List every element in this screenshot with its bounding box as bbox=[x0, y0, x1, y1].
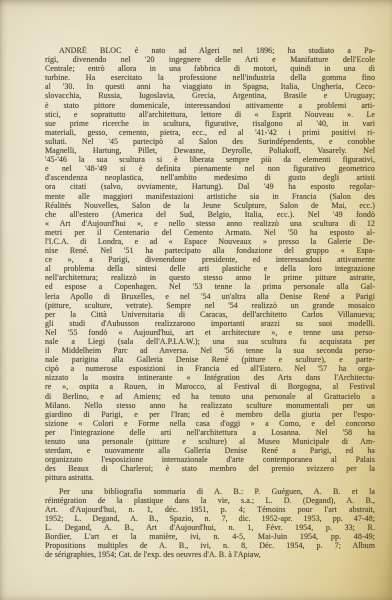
text-line: il Middelheim Parc ad Anversa. Nel '56 t… bbox=[45, 346, 375, 355]
text-line: Centrale; entrò allora in una fabbrica d… bbox=[45, 64, 375, 73]
text-line: nale parigina alla Galleria Denise René … bbox=[45, 355, 375, 364]
text-line: Per una bibliografia sommaria di A. B.: … bbox=[45, 487, 375, 496]
text-line: metri per il Centenario del Cemento Arma… bbox=[45, 228, 375, 237]
text-line: '45-'46 la sua scultura si è liberata se… bbox=[45, 155, 375, 164]
text-line: l'I.C.A. di Londra, e ad « Espace Nouvea… bbox=[45, 237, 375, 246]
text-line: ora citati (salvo, ovviamente, Hartung).… bbox=[45, 182, 375, 191]
text-line: al problema della sintesi delle arti pla… bbox=[45, 264, 375, 273]
text-line: ce », a Parigi, divenendone presidente, … bbox=[45, 255, 375, 264]
text-line: Propositions multiples de A. B., ivi, n.… bbox=[45, 541, 375, 550]
text-line: di Berlino, e ad Amiens; ed ha tenuto un… bbox=[45, 392, 375, 401]
text-block: ANDRÉ BLOC è nato ad Algeri nel 1896; ha… bbox=[45, 46, 375, 559]
paragraph-bibliography: Per una bibliografia sommaria di A. B.: … bbox=[45, 487, 375, 560]
text-line: Art. d'Aujourd'hui, n. 1, déc. 1951, p. … bbox=[45, 505, 375, 514]
text-line: nale a Liegi (sala dell'A.P.I.A.W.); una… bbox=[45, 337, 375, 346]
text-line: L. Degand, A. B., Art d'Aujourd'hui, n. … bbox=[45, 523, 375, 532]
text-line: leria Apollo di Bruxelles, e nel '54 un'… bbox=[45, 292, 375, 301]
text-line: ed espose a Copenhagen. Nel '53 tenne la… bbox=[45, 282, 375, 291]
text-line: des Beaux di Charleroi; è stato membro d… bbox=[45, 464, 375, 473]
text-line: al '30. In questi anni ha viaggiato in S… bbox=[45, 82, 375, 91]
text-line: réintégration de la plastique dans la vi… bbox=[45, 496, 375, 505]
text-line: giardino di Parigi, e per l'Iran; ed è m… bbox=[45, 410, 375, 419]
text-line: e nel '48-'49 si è definita pienamente n… bbox=[45, 164, 375, 173]
text-line: sizione « Colori e Forme nella casa d'og… bbox=[45, 419, 375, 428]
text-line: Bordier, L'art et la manière, ivi, n. 4-… bbox=[45, 532, 375, 541]
text-line: sue prime ricerche in scultura, figurati… bbox=[45, 119, 375, 128]
text-line: tenuto una personale (pitture e sculture… bbox=[45, 437, 375, 446]
scanned-book-page: ANDRÉ BLOC è nato ad Algeri nel 1896; ha… bbox=[0, 0, 392, 600]
text-line: 1952; L. Degand, A. B., Spazio, n. 7, di… bbox=[45, 514, 375, 523]
text-line: « Art d'Aujourd'hui », e nello stesso an… bbox=[45, 219, 375, 228]
text-line: Milano. Nello stesso anno ha realizzato … bbox=[45, 401, 375, 410]
text-line: pittura astratta. bbox=[45, 473, 375, 482]
text-line: che all'estero (America del Sud, Belgio,… bbox=[45, 210, 375, 219]
text-line: Réalités Nouvelles, Salon de la Jeune Sc… bbox=[45, 201, 375, 210]
text-line: per l'integrazione delle arti nell'archi… bbox=[45, 428, 375, 437]
text-line: organizzato l'esposizione internazionale… bbox=[45, 455, 375, 464]
text-line: d'ascendenza neoplastica, nell'ambito me… bbox=[45, 173, 375, 182]
text-line: nise René. Nel '51 ha partecipato alla f… bbox=[45, 246, 375, 255]
text-line: nell'architettura; realizzò in questo st… bbox=[45, 273, 375, 282]
text-line: cipò a numerose esposizioni in Francia e… bbox=[45, 364, 375, 373]
text-line: re », ospita a Rouen, in Marocco, al Fes… bbox=[45, 382, 375, 391]
text-line: (pitture, sculture, vetrate). Sempre nel… bbox=[45, 301, 375, 310]
text-line: per la Città Universitaria di Caracas, d… bbox=[45, 310, 375, 319]
text-line: ANDRÉ BLOC è nato ad Algeri nel 1896; ha… bbox=[45, 46, 375, 55]
text-line: turbine. Ha esercitato la professione ne… bbox=[45, 73, 375, 82]
text-line: sterdam, e nuovamente alla Galleria Deni… bbox=[45, 446, 375, 455]
text-line: stici, e soprattutto all'architettura, l… bbox=[45, 110, 375, 119]
text-line: gli studi d'Aubusson realizzarono import… bbox=[45, 319, 375, 328]
text-line: Magnelli, Hartung, Pillet, Dewasne, Deyr… bbox=[45, 146, 375, 155]
text-line: sultati. Nel '45 partecipò al Salon des … bbox=[45, 137, 375, 146]
text-line: Nel '55 fondò « Aujourd'hui, art et arch… bbox=[45, 328, 375, 337]
text-line: materiali, gesso, cemento, pietra, ecc.,… bbox=[45, 128, 375, 137]
text-line: slovacchia, Russia, Iugoslavia, Grecia, … bbox=[45, 91, 375, 100]
text-line: mente alle maggiori manifestazioni artis… bbox=[45, 192, 375, 201]
paragraph-biography: ANDRÉ BLOC è nato ad Algeri nel 1896; ha… bbox=[45, 46, 375, 483]
text-line: de sérigraphies, 1954; Cat. de l'exp. de… bbox=[45, 550, 375, 559]
text-line: nizzato la mostra intinerante « Intégrat… bbox=[45, 373, 375, 382]
text-line: rigi, divenendo nel '20 ingegnere delle … bbox=[45, 55, 375, 64]
text-line: è stato pittore domenicale, interessando… bbox=[45, 101, 375, 110]
